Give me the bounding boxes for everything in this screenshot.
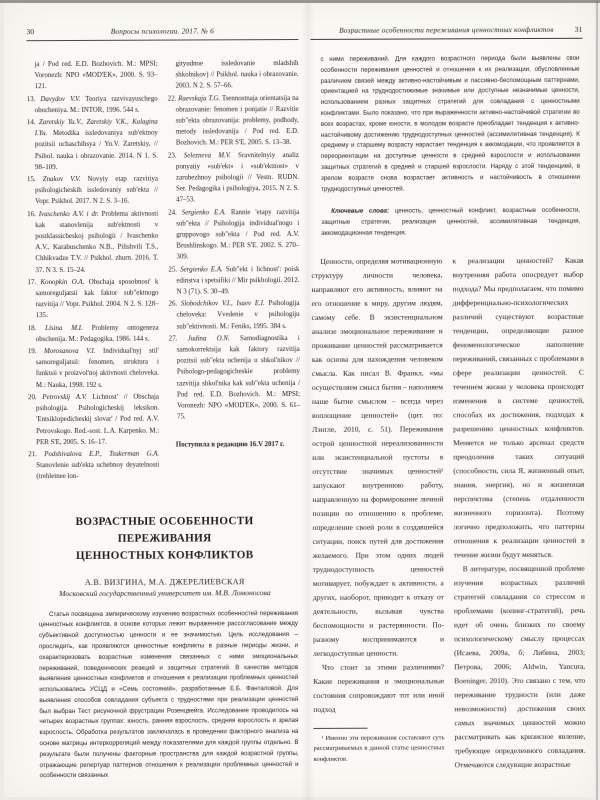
reference-item-26: 26. Slobodchikov V.I., Isaev E.I. Psihol… <box>169 298 300 332</box>
page-number-right: 31 <box>560 25 582 34</box>
footnote-text: ¹ Именно эти переживания составляют суть… <box>313 733 444 765</box>
page-31: Возрастные особенности переживания ценно… <box>310 25 585 773</box>
reference-item-16: 16. Ivaschenko A.V. i dr. Problema aktiv… <box>27 208 158 276</box>
reference-item-25: 25. Sergienko E.A. Sub"ekt i lichnost': … <box>168 264 299 298</box>
body-text-columns: Ценности, определяя мотивационную структ… <box>311 254 585 773</box>
article-title-line-1: ВОЗРАСТНЫЕ ОСОБЕННОСТИ ПЕРЕЖИВАНИЯ <box>28 513 300 548</box>
keywords-block: Ключевые слова: ценность, ценностный кон… <box>311 206 583 240</box>
reference-item-14: 14. Zaretskiy Yu.V., Zaretskiy V.K., Kul… <box>27 117 158 174</box>
body-paragraph: В литературе, посвященной проблеме изуче… <box>454 562 586 773</box>
reference-item-17: 17. Konopkin O.A. Obschaja sposobnost' k… <box>27 276 158 321</box>
page-30: 30 Вопросы психологии. 2017. № 6 ja / Po… <box>26 26 301 782</box>
references-column-1: ja / Pod red. E.D. Bozhovich. M.: MPSI; … <box>27 59 160 484</box>
received-date-line: Поступила в редакцию 16.V 2017 г. <box>169 438 300 450</box>
running-head-article: Возрастные особенности переживания ценно… <box>332 25 560 35</box>
article-title: ВОЗРАСТНЫЕ ОСОБЕННОСТИ ПЕРЕЖИВАНИЯ ЦЕННО… <box>28 513 300 565</box>
reference-item-21: 21. Podshivalova E.P., Tsukerman G.A. St… <box>28 449 159 483</box>
reference-item-22: 22. Raevskaja T.G. Tsennostnaja orientat… <box>168 93 299 150</box>
reference-item-27: 27. Judina O.N. Samodiagnostika i samoko… <box>169 333 300 423</box>
running-head-journal: Вопросы психологии. 2017. № 6 <box>48 26 276 36</box>
reference-item-19: 19. Morosanova V.I. Individual'nyj stil'… <box>28 346 159 391</box>
references-column-2: gityudnoe issledovanie mladshih shkolnik… <box>168 58 301 483</box>
reference-item-13: 13. Davydov V.V. Teoriya razvivayuschego… <box>27 93 158 116</box>
scan-content: 30 Вопросы психологии. 2017. № 6 ja / Po… <box>0 0 600 800</box>
article-title-line-2: ЦЕННОСТНЫХ КОНФЛИКТОВ <box>29 547 301 565</box>
footnote-separator <box>313 727 367 728</box>
reference-item-18: 18. Lisina M.I. Problemy ontogeneza obsc… <box>28 322 159 345</box>
body-paragraph: Что стоит за этими различиями? Какие пер… <box>313 660 444 717</box>
reference-item-20: 20. Petrovskij A.V. Lichnost' // Obschaj… <box>28 392 159 449</box>
reference-item-15: 15. Znakov V.V. Novyiy etap razvitiya ps… <box>27 174 158 208</box>
article-affiliation: Московский государственный университет и… <box>29 588 301 598</box>
page-number-left: 30 <box>26 27 48 36</box>
abstract-paragraph-1: Статья посвящена эмпирическому изучению … <box>29 609 302 783</box>
page-31-header: Возрастные особенности переживания ценно… <box>310 25 582 40</box>
scanned-journal-spread: 30 Вопросы психологии. 2017. № 6 ja / Po… <box>0 0 600 800</box>
reference-item-24: 24. Sergienko E.A. Rannie 'etapy razviti… <box>168 207 299 264</box>
reference-continuation: ja / Pod red. E.D. Bozhovich. M.: MPSI; … <box>27 59 158 93</box>
page-30-header: 30 Вопросы психологии. 2017. № 6 <box>26 26 298 41</box>
reference-continuation: gityudnoe issledovanie mladshih shkolnik… <box>168 58 299 92</box>
reference-item-23: 23. Selezneva M.V. Sravnitelnyiy analiz … <box>168 150 299 207</box>
keywords-label: Ключевые слова: <box>331 208 389 215</box>
body-paragraph: Ценности, определяя мотивационную структ… <box>311 254 444 661</box>
article-authors: А.В. ВИЗГИНА, М.А. ДЖЕРЕЛИЕВСКАЯ <box>29 577 301 587</box>
body-paragraph-continuation: к реализации ценностей? Какая внутренняя… <box>452 254 584 563</box>
abstract-paragraph-2: с ними переживаний. Для каждого возрастн… <box>310 54 583 196</box>
body-column-2: к реализации ценностей? Какая внутренняя… <box>452 254 585 773</box>
reference-list: ja / Pod red. E.D. Bozhovich. M.: MPSI; … <box>27 58 301 484</box>
body-column-1: Ценности, определяя мотивационную структ… <box>311 254 444 773</box>
